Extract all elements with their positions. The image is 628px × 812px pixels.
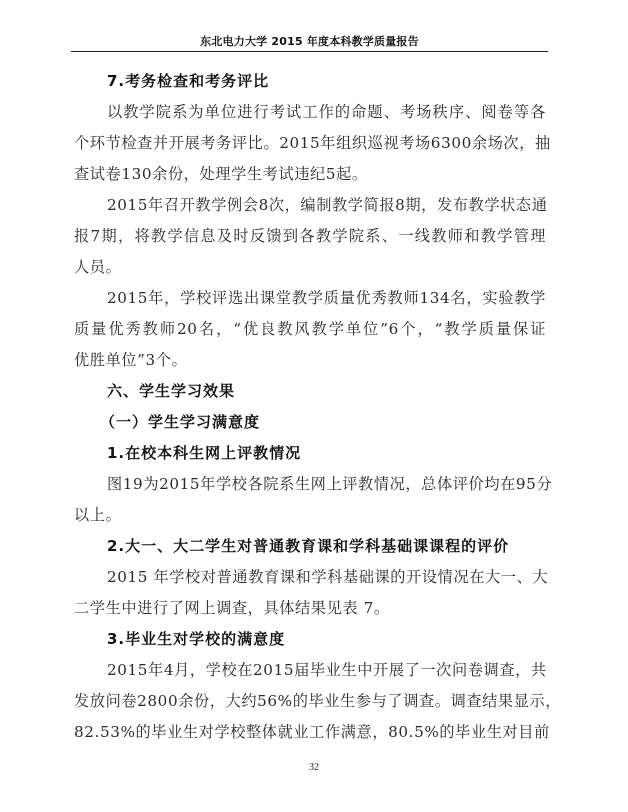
subsection-heading-satisfaction: （一）学生学习满意度: [74, 407, 546, 438]
running-header: 东北电力大学 2015 年度本科教学质量报告: [71, 35, 548, 49]
page-body: 7.考务检查和考务评比 以教学院系为单位进行考试工作的命题、考场秩序、阅卷等各 …: [74, 66, 546, 748]
paragraph-line: 2015 年学校对普通教育课和学科基础课的开设情况在大一、大: [74, 562, 546, 593]
paragraph-line: 人员。: [74, 252, 546, 283]
paragraph-line: 以教学院系为单位进行考试工作的命题、考场秩序、阅卷等各: [74, 97, 546, 128]
paragraph-line: 82.53%的毕业生对学校整体就业工作满意，80.5%的毕业生对目前: [74, 717, 546, 748]
header-rule: [71, 51, 548, 52]
paragraph-line: 发放问卷2800余份，大约56%的毕业生参与了调查。调查结果显示，: [74, 686, 546, 717]
paragraph-line: 个环节检查并开展考务评比。2015年组织巡视考场6300余场次，抽: [74, 128, 546, 159]
item-heading-graduate-satisfaction: 3.毕业生对学校的满意度: [74, 624, 546, 655]
paragraph-line: 二学生中进行了网上调查，具体结果见表 7。: [74, 593, 546, 624]
paragraph-line: 2015年，学校评选出课堂教学质量优秀教师134名，实验教学: [74, 283, 546, 314]
paragraph-line: 报7期，将教学信息及时反馈到各教学院系、一线教师和教学管理: [74, 221, 546, 252]
paragraph-line: 查试卷130余份，处理学生考试违纪5起。: [74, 159, 546, 190]
paragraph-line: 2015年4月，学校在2015届毕业生中开展了一次问卷调查，共: [74, 655, 546, 686]
paragraph-line: 质量优秀教师20名，“优良教风教学单位”6个，“教学质量保证: [74, 314, 546, 345]
paragraph-line: 2015年召开教学例会8次，编制教学简报8期，发布教学状态通: [74, 190, 546, 221]
paragraph-line: 图19为2015年学校各院系生网上评教情况，总体评价均在95分: [74, 469, 546, 500]
paragraph-line: 优胜单位”3个。: [74, 345, 546, 376]
item-heading-course-evaluation: 2.大一、大二学生对普通教育课和学科基础课课程的评价: [74, 531, 546, 562]
chapter-heading-learning-effect: 六、学生学习效果: [74, 376, 546, 407]
paragraph-line: 以上。: [74, 500, 546, 531]
item-heading-online-evaluation: 1.在校本科生网上评教情况: [74, 438, 546, 469]
page-number: 32: [0, 762, 628, 773]
section-heading-exam-check: 7.考务检查和考务评比: [74, 66, 546, 97]
